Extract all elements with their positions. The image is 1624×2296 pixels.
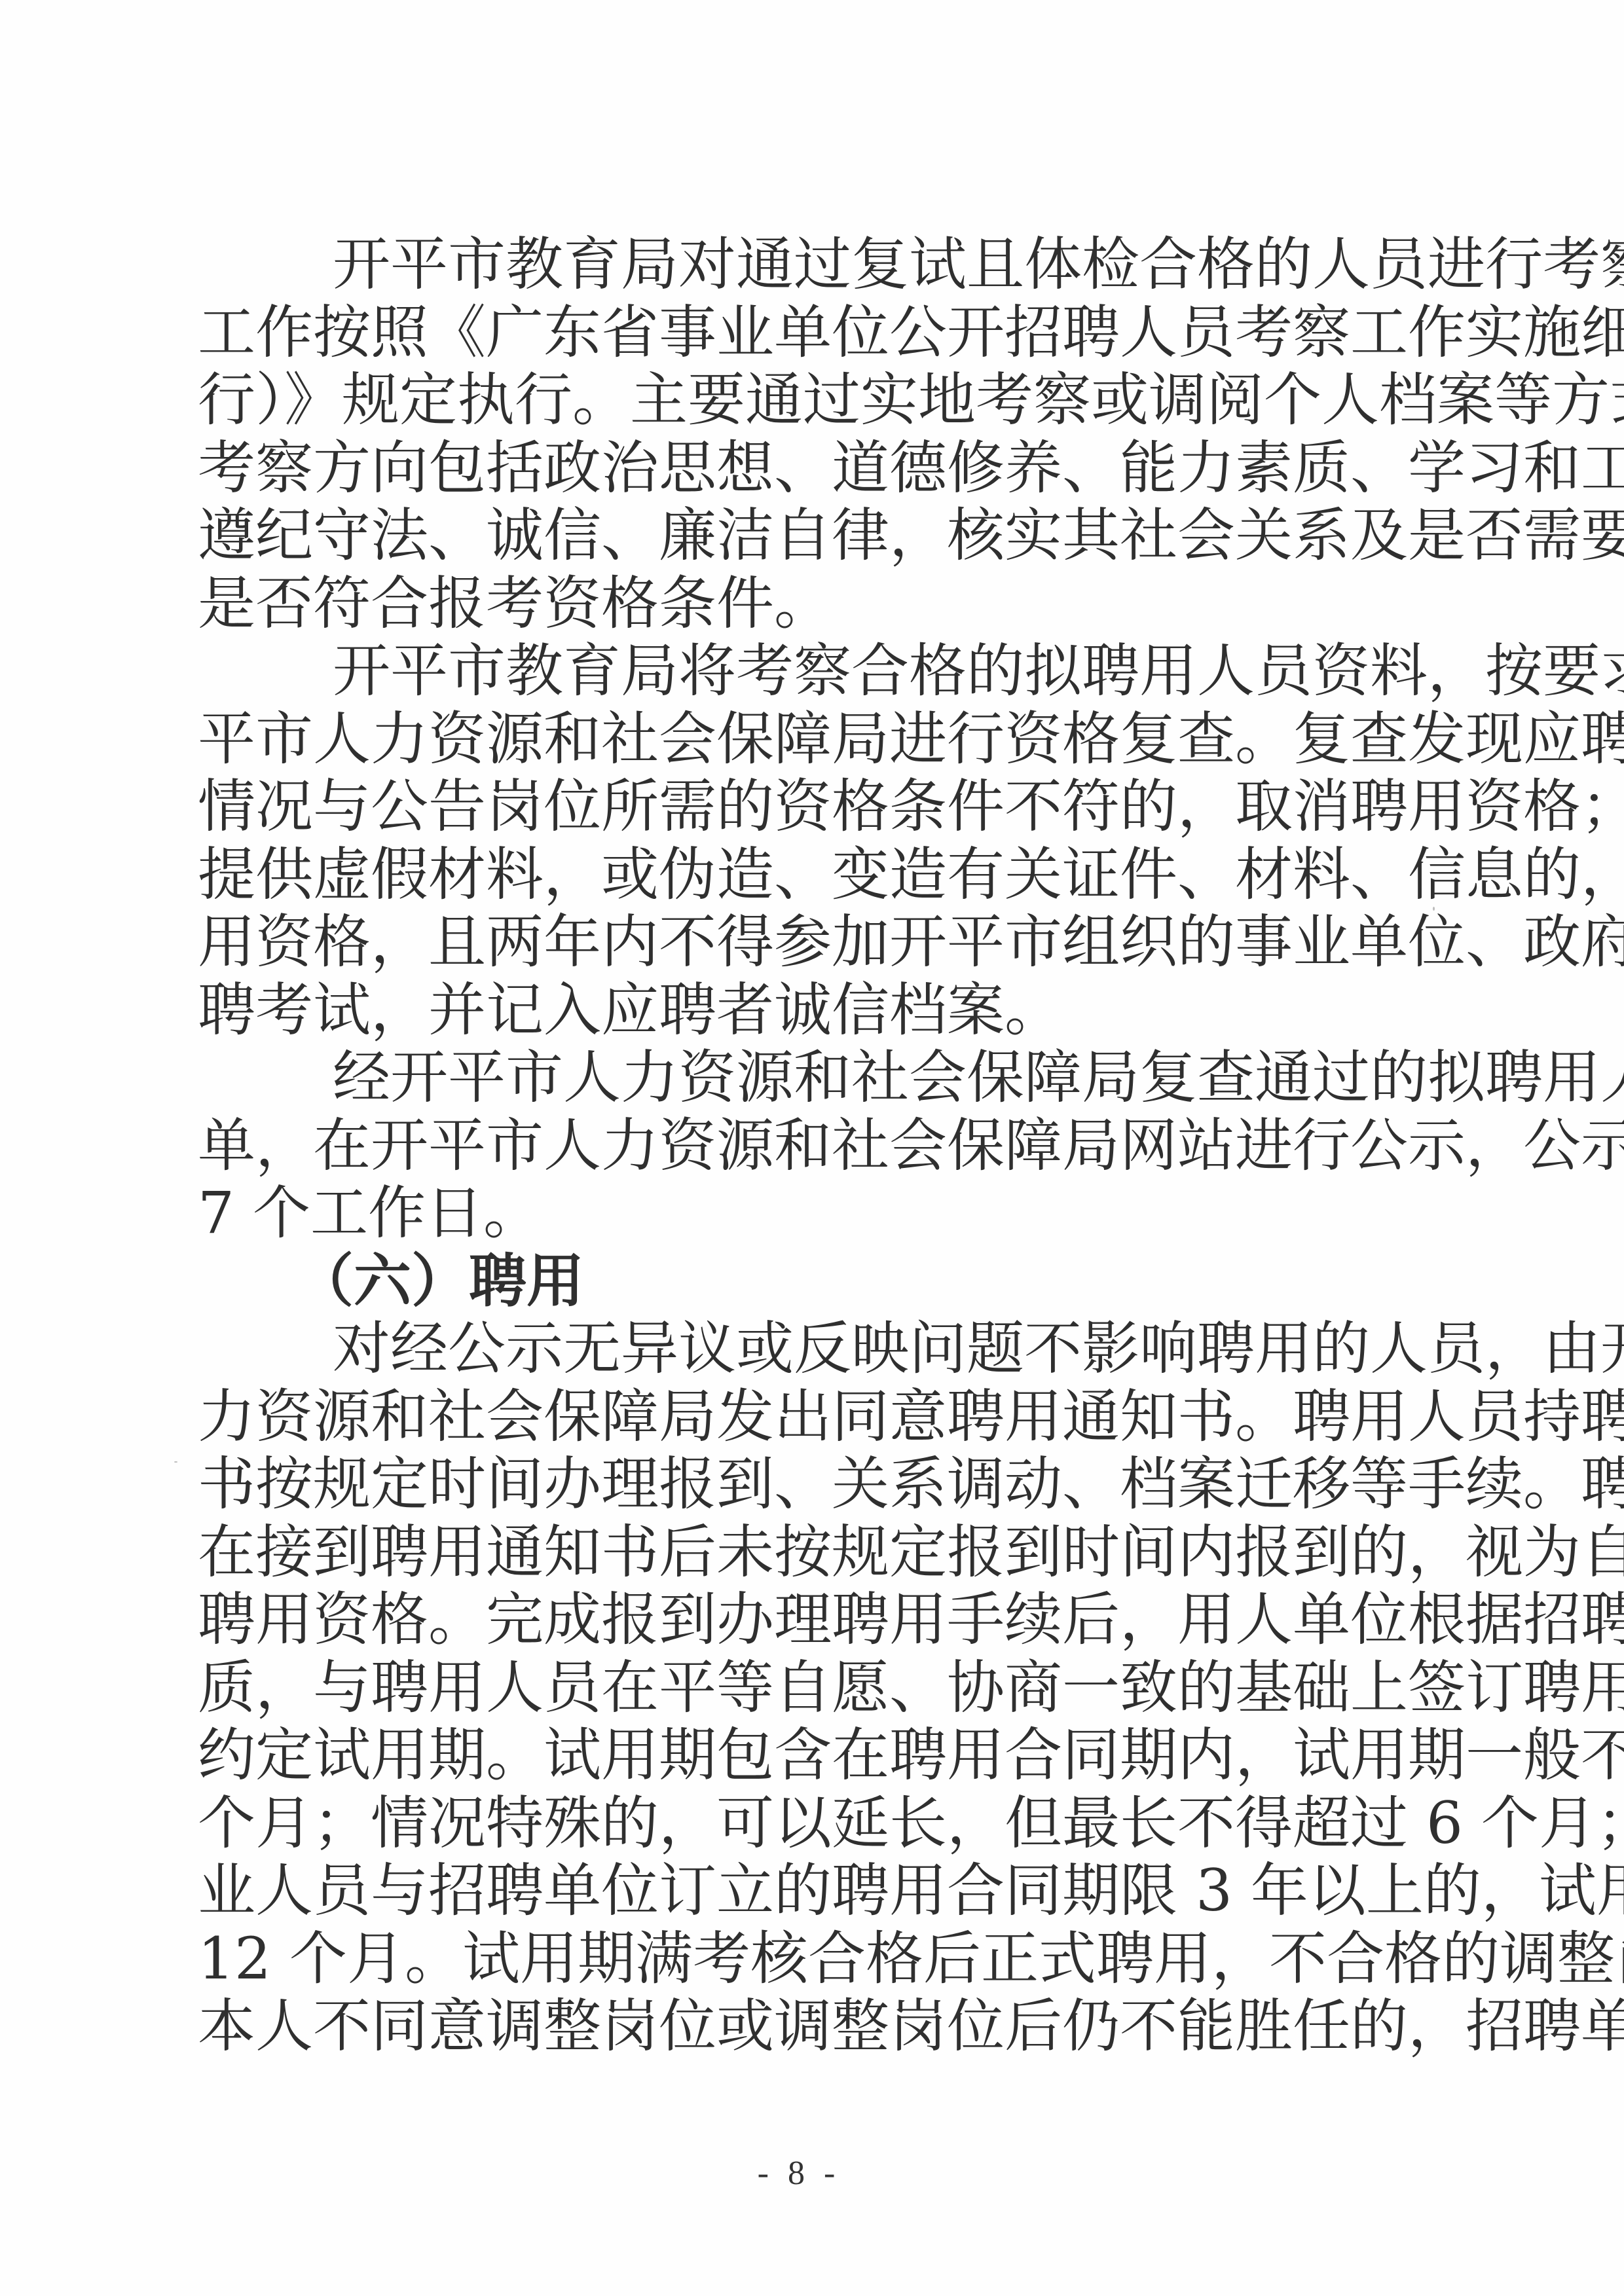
p2-line-4: 提供虚假材料，或伪造、变造有关证件、材料、信息的，取消聘 [198,841,1409,909]
p4-line-10: 12 个月。试用期满考核合格后正式聘用，不合格的调整岗位， [198,1925,1409,1993]
p3-line-3: 7 个工作日。 [198,1179,1409,1247]
p2-line-3: 情况与公告岗位所需的资格条件不符的，取消聘用资格；如发现 [198,773,1409,841]
p2-line-1: 开平市教育局将考察合格的拟聘用人员资料，按要求报送开 [198,637,1409,705]
p2-line-5: 用资格，且两年内不得参加开平市组织的事业单位、政府雇员招 [198,908,1409,976]
p4-line-1: 对经公示无异议或反映问题不影响聘用的人员，由开平市人 [198,1315,1409,1383]
p4-line-2: 力资源和社会保障局发出同意聘用通知书。聘用人员持聘用通知 [198,1383,1409,1451]
p2-line-2: 平市人力资源和社会保障局进行资格复查。复查发现应聘者真实 [198,705,1409,773]
section-heading: （六）聘用 [198,1247,1409,1315]
p1-line-4: 考察方向包括政治思想、道德修养、能力素质、学习和工作表现、 [198,434,1409,502]
document-page: 开平市教育局对通过复试且体检合格的人员进行考察。考察 工作按照《广东省事业单位公… [0,0,1624,2296]
p4-line-8: 个月；情况特殊的，可以延长，但最长不得超过 6 个月；初次就 [198,1789,1409,1857]
p1-line-5: 遵纪守法、诚信、廉洁自律，核实其社会关系及是否需要回避、 [198,501,1409,570]
scan-speck [1433,907,1435,911]
p1-line-1: 开平市教育局对通过复试且体检合格的人员进行考察。考察 [198,230,1409,299]
scan-speck [174,1461,177,1463]
p1-line-3: 行）》规定执行。主要通过实地考察或调阅个人档案等方式进行， [198,366,1409,434]
p4-line-7: 约定试用期。试用期包含在聘用合同期内，试用期一般不超过 3 [198,1721,1409,1789]
p4-line-11: 本人不同意调整岗位或调整岗位后仍不能胜任的，招聘单位可予 [198,1992,1409,2060]
page-number: - 8 - [733,2154,864,2193]
p4-line-3: 书按规定时间办理报到、关系调动、档案迁移等手续。聘用人员 [198,1450,1409,1518]
p1-line-2: 工作按照《广东省事业单位公开招聘人员考察工作实施细则（试 [198,299,1409,367]
p2-line-6: 聘考试，并记入应聘者诚信档案。 [198,976,1409,1044]
p4-line-5: 聘用资格。完成报到办理聘用手续后，用人单位根据招聘岗位性 [198,1586,1409,1654]
p4-line-4: 在接到聘用通知书后未按规定报到时间内报到的，视为自愿放弃 [198,1518,1409,1586]
p3-line-2: 单，在开平市人力资源和社会保障局网站进行公示，公示时间为 [198,1112,1409,1180]
document-body: 开平市教育局对通过复试且体检合格的人员进行考察。考察 工作按照《广东省事业单位公… [198,230,1409,2060]
p4-line-9: 业人员与招聘单位订立的聘用合同期限 3 年以上的，试用期为 [198,1857,1409,1925]
p1-line-6: 是否符合报考资格条件。 [198,570,1409,638]
p3-line-1: 经开平市人力资源和社会保障局复查通过的拟聘用人员名 [198,1044,1409,1112]
p4-line-6: 质，与聘用人员在平等自愿、协商一致的基础上签订聘用合同， [198,1654,1409,1722]
